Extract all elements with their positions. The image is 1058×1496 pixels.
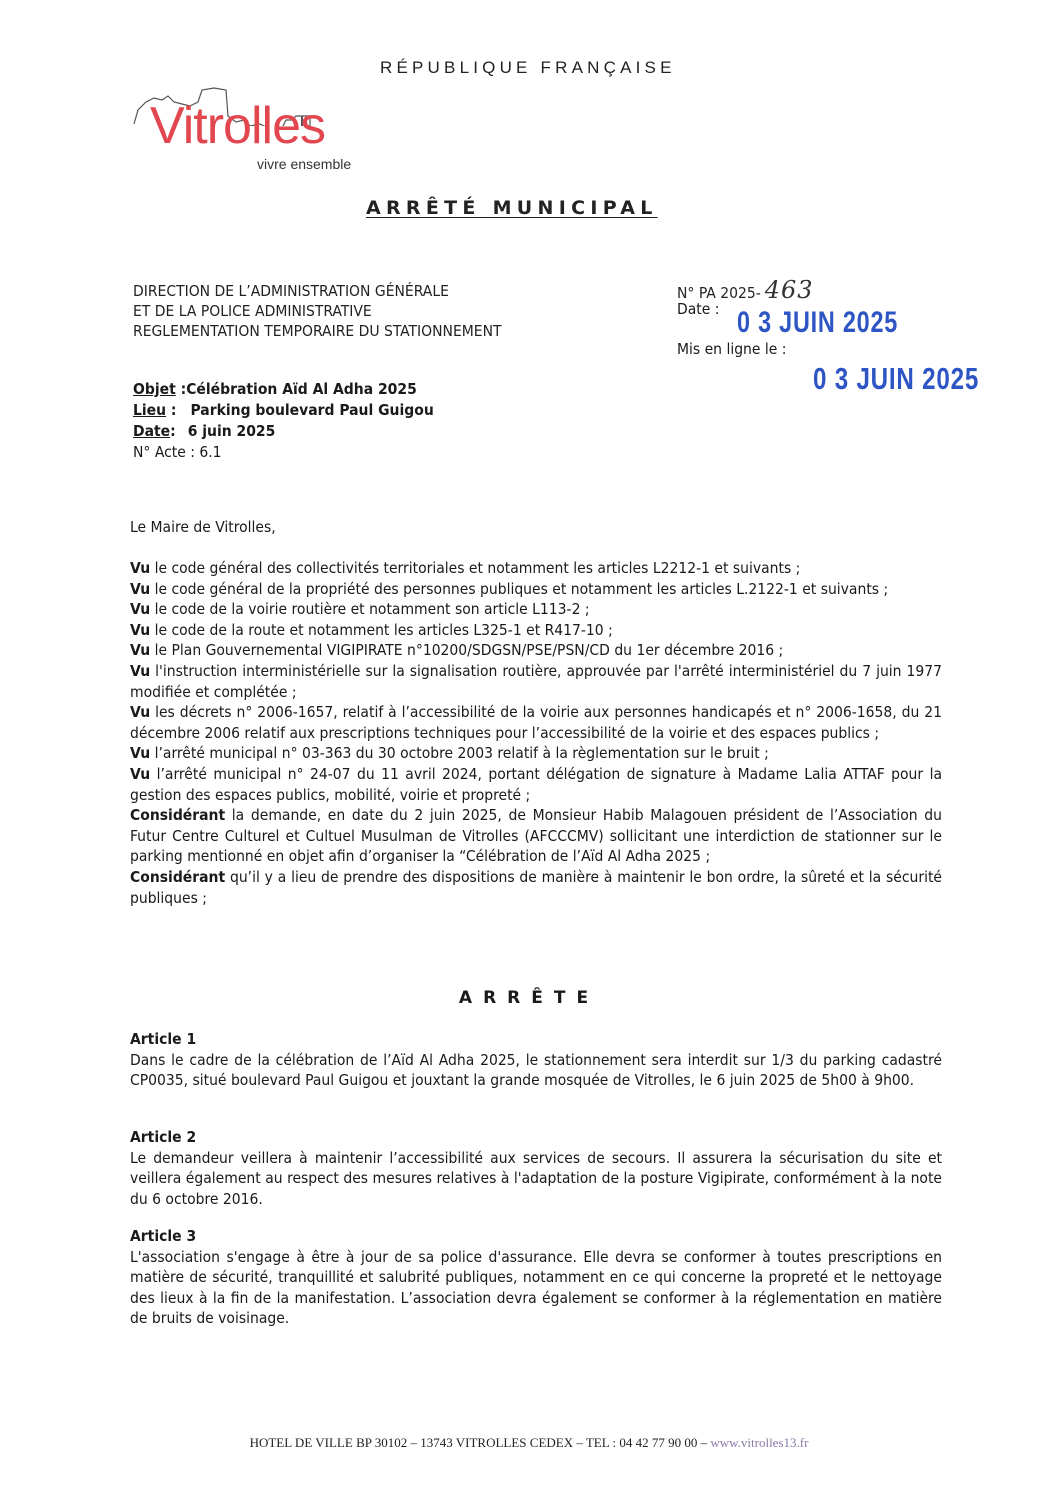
preamble-lead: Vu [130,559,150,577]
preamble-item: Vu l'instruction interministérielle sur … [130,661,942,702]
direction-line: DIRECTION DE L’ADMINISTRATION GÉNÉRALE [133,281,502,301]
preamble-lead: Vu [130,703,150,721]
objet-row: Objet :Célébration Aïd Al Adha 2025 [133,379,434,400]
preamble-text: l’arrêté municipal n° 24-07 du 11 avril … [130,765,942,804]
lieu-label: Lieu [133,401,166,419]
vitrolles-logo: Vitrolles vivre ensemble [132,86,402,176]
preamble-lead: Vu [130,765,150,783]
preamble-text: le Plan Gouvernemental VIGIPIRATE n°1020… [150,641,783,659]
article-title: Article 2 [130,1127,942,1148]
date-label: Date : [677,300,719,318]
document-title: ARRÊTÉ MUNICIPAL [366,197,658,219]
date-stamp: 0 3 JUIN 2025 [737,306,898,340]
lieu-value: Parking boulevard Paul Guigou [191,401,434,419]
preamble-lead: Vu [130,662,150,680]
logo-wordmark: Vitrolles [150,100,325,152]
handwritten-number: 463 [765,276,814,304]
direction-line: REGLEMENTATION TEMPORAIRE DU STATIONNEME… [133,321,502,341]
article-title: Article 3 [130,1226,942,1247]
preamble-lead: Considérant [130,806,225,824]
preamble-item: Vu le Plan Gouvernemental VIGIPIRATE n°1… [130,640,942,661]
arrete-heading: ARRÊTE [0,988,1058,1008]
preamble-text: l'instruction interministérielle sur la … [130,662,942,701]
preamble-lead: Vu [130,641,150,659]
preamble-item: Vu le code de la voirie routière et nota… [130,599,942,620]
preamble-item: Vu l’arrêté municipal n° 03-363 du 30 oc… [130,743,942,764]
article-text: Le demandeur veillera à maintenir l’acce… [130,1148,942,1210]
article-text: L'association s'engage à être à jour de … [130,1247,942,1329]
preamble-text: l’arrêté municipal n° 03-363 du 30 octob… [150,744,769,762]
footer-website-link[interactable]: www.vitrolles13.fr [710,1435,808,1450]
preamble-item: Considérant qu’il y a lieu de prendre de… [130,867,942,908]
preamble-item: Vu le code général de la propriété des p… [130,579,942,600]
date-row: Date:6 juin 2025 [133,421,434,442]
footer-contact: HOTEL DE VILLE BP 30102 – 13743 VITROLLE… [250,1435,711,1450]
preamble-text: les décrets n° 2006-1657, relatif à l’ac… [130,703,942,742]
article-text: Dans le cadre de la célébration de l’Aïd… [130,1050,942,1091]
preamble-lead: Vu [130,580,150,598]
footer-address: HOTEL DE VILLE BP 30102 – 13743 VITROLLE… [0,1435,1058,1451]
preamble-list: Vu le code général des collectivités ter… [130,558,942,908]
preamble-text: le code général de la propriété des pers… [150,580,888,598]
online-date-stamp: 0 3 JUIN 2025 [813,361,979,397]
article-2: Article 2 Le demandeur veillera à mainte… [130,1127,942,1209]
date-value: 6 juin 2025 [188,422,276,440]
preamble-item: Vu les décrets n° 2006-1657, relatif à l… [130,702,942,743]
preamble-text: le code de la route et notamment les art… [150,621,613,639]
preamble-item: Considérant la demande, en date du 2 jui… [130,805,942,867]
subject-block: Objet :Célébration Aïd Al Adha 2025 Lieu… [133,379,434,463]
direction-line: ET DE LA POLICE ADMINISTRATIVE [133,301,502,321]
online-date-label: Mis en ligne le : [677,340,787,358]
maire-salutation: Le Maire de Vitrolles, [130,517,942,538]
preamble-text: le code général des collectivités territ… [150,559,800,577]
logo-tagline: vivre ensemble [257,156,351,172]
article-title: Article 1 [130,1029,942,1050]
preamble-lead: Vu [130,621,150,639]
objet-value: Célébration Aïd Al Adha 2025 [186,380,417,398]
preamble-text: le code de la voirie routière et notamme… [150,600,589,618]
article-3: Article 3 L'association s'engage à être … [130,1226,942,1329]
preamble-text: la demande, en date du 2 juin 2025, de M… [130,806,942,865]
preamble-item: Vu le code de la route et notamment les … [130,620,942,641]
date-field-label: Date [133,422,170,440]
direction-block: DIRECTION DE L’ADMINISTRATION GÉNÉRALE E… [133,281,502,341]
acte-number: N° Acte : 6.1 [133,442,434,463]
preamble-item: Vu le code général des collectivités ter… [130,558,942,579]
preamble-lead: Considérant [130,868,225,886]
preamble-item: Vu l’arrêté municipal n° 24-07 du 11 avr… [130,764,942,805]
article-1: Article 1 Dans le cadre de la célébratio… [130,1029,942,1091]
preamble-text: qu’il y a lieu de prendre des dispositio… [130,868,942,907]
preamble-lead: Vu [130,600,150,618]
lieu-row: Lieu :Parking boulevard Paul Guigou [133,400,434,421]
republique-francaise-heading: RÉPUBLIQUE FRANÇAISE [380,58,676,78]
preamble-lead: Vu [130,744,150,762]
objet-label: Objet [133,380,176,398]
